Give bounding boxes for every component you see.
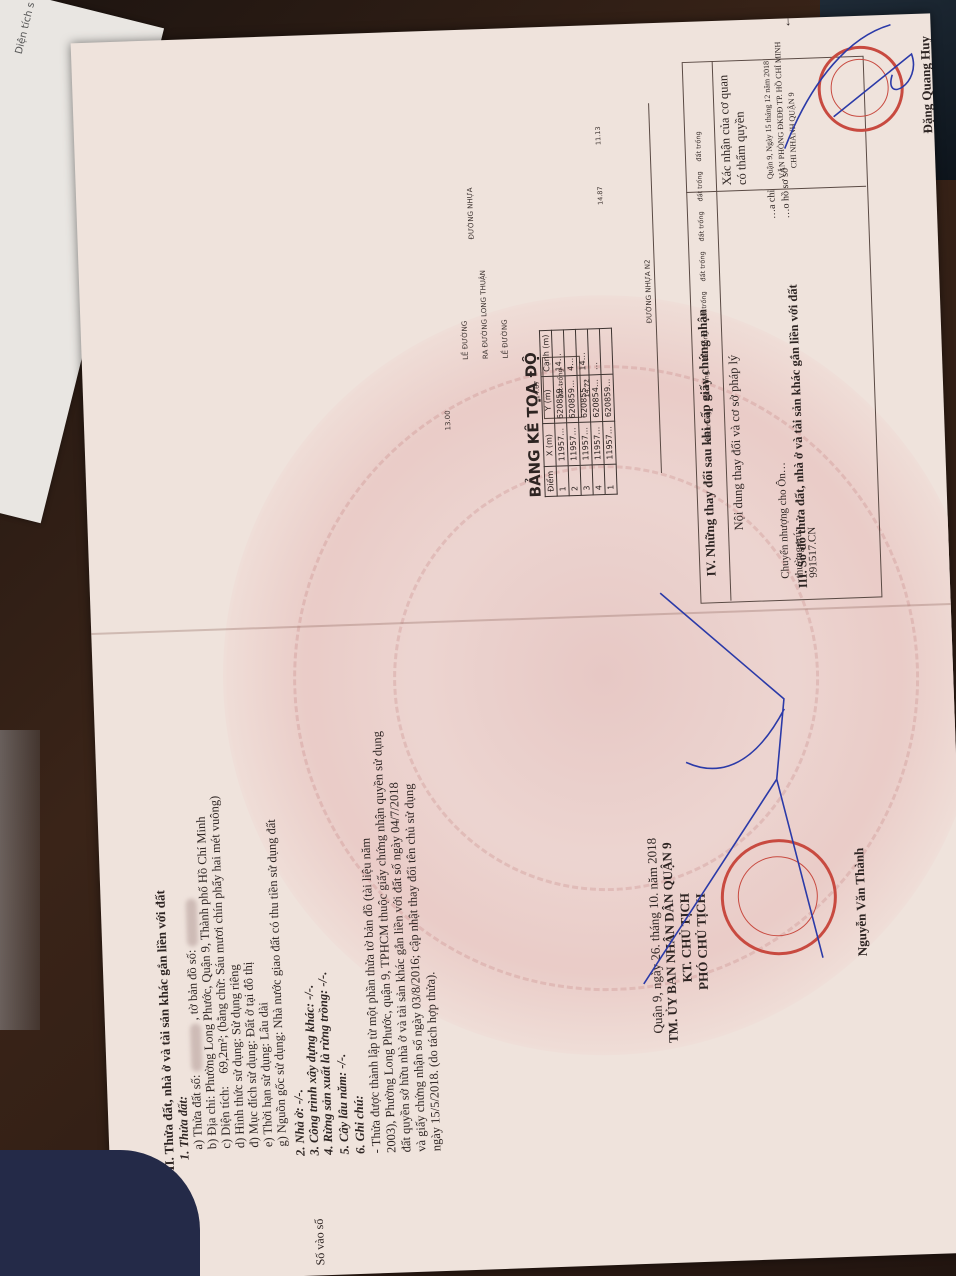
road-name-label: RA ĐƯỜNG LONG THUẬN <box>479 270 490 359</box>
notes-heading: 6. Ghi chú: <box>352 1095 369 1154</box>
curb-label: LỀ ĐƯỜNG <box>501 319 510 358</box>
note-line: VND <box>0 138 3 162</box>
coord-table-header-cell: Điểm <box>544 466 557 497</box>
coord-table-grid: ĐiểmX (m)Y (m)Cạnh (m) 111957…620859…14…… <box>539 327 618 497</box>
change-entry-line: thường trú: … <box>792 515 806 579</box>
coord-table-cell: 11957… <box>603 422 616 465</box>
land-certificate: II. Thửa đất, nhà ở và tài sản khác gắn … <box>71 13 956 1276</box>
section2-title: II. Thửa đất, nhà ở và tài sản khác gắn … <box>152 890 177 1171</box>
signature-stroke <box>620 577 855 1024</box>
perennial-item: 5. Cây lâu năm: -/-. <box>334 1054 353 1155</box>
change-entry-right: …a chỉ <box>766 190 778 220</box>
curb-label: LỀ ĐƯỜNG <box>461 321 470 360</box>
coord-table-cell: 1 <box>604 464 617 495</box>
coord-table-body: 111957…620859…14…211957…620859…4…311957…… <box>551 328 617 496</box>
coord-table-cell <box>599 328 613 375</box>
note-line: Diện tích s <box>14 1 38 55</box>
coord-table-cell: 3 <box>580 465 593 496</box>
change-entry-line: 991517.CN <box>806 527 820 578</box>
changes-col-confirm: Xác nhận của cơ quan có thẩm quyền <box>716 65 750 186</box>
footer-label: Số vào sổ <box>312 1218 329 1265</box>
coord-table: ĐiểmX (m)Y (m)Cạnh (m) 111957…620859…14…… <box>539 327 618 497</box>
dimension-label: 14.87 <box>596 186 605 205</box>
road-width-label: 13.00 <box>444 410 453 430</box>
dimension-label: 11.13 <box>594 126 603 145</box>
road-top-label: ĐƯỜNG NHỰA N2 <box>644 259 654 323</box>
side-road-label: ĐƯỜNG NHỰA <box>466 187 476 239</box>
coord-table-cell: 4 <box>592 464 605 495</box>
plastic-bag <box>0 730 40 1030</box>
confirm-signature-stroke <box>770 13 935 158</box>
blue-cloth <box>0 1150 200 1276</box>
coord-table-cell: 620859… <box>601 374 615 422</box>
coord-table-cell: 2 <box>568 465 581 496</box>
coord-table-cell: 1 <box>556 466 569 497</box>
